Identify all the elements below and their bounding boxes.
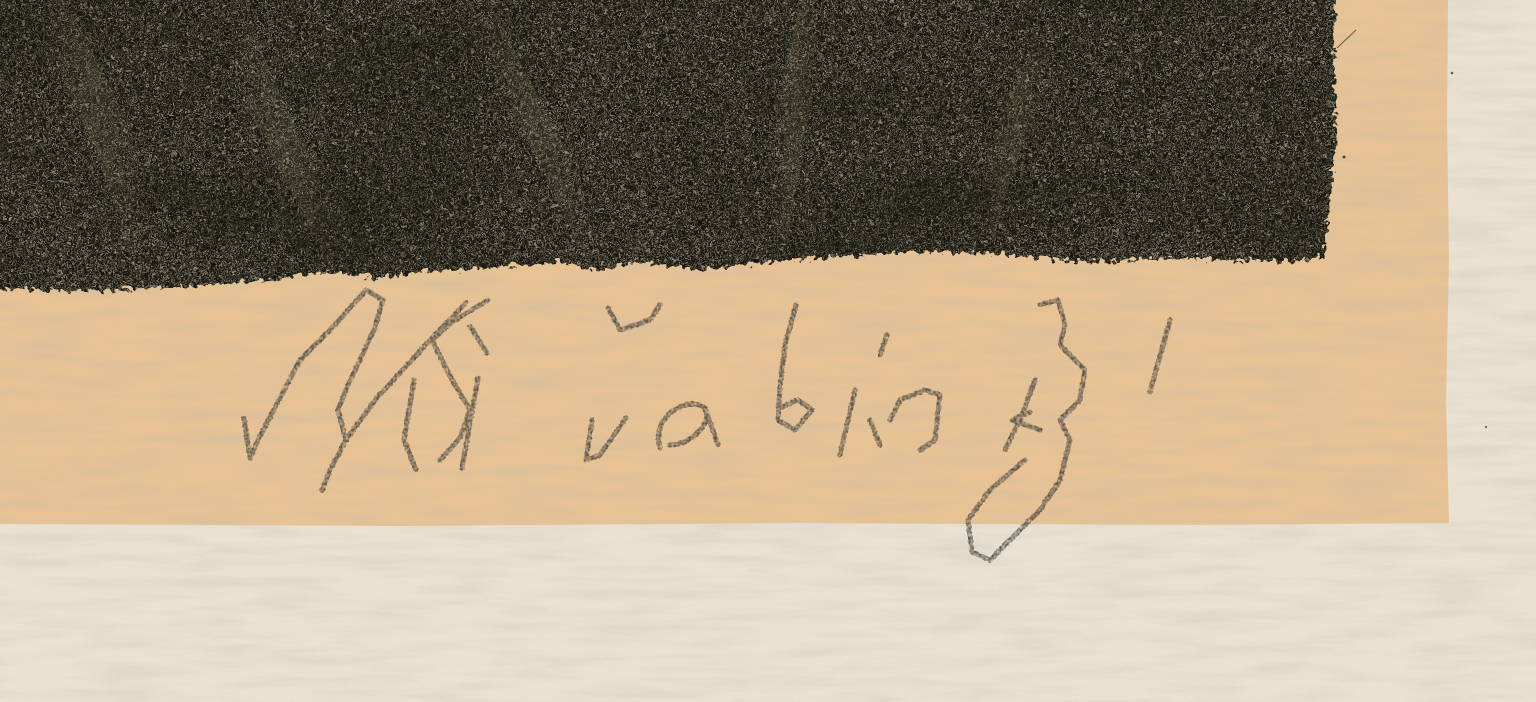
artwork-svg xyxy=(0,0,1536,702)
artwork-scan: M Švabinský xyxy=(0,0,1536,702)
